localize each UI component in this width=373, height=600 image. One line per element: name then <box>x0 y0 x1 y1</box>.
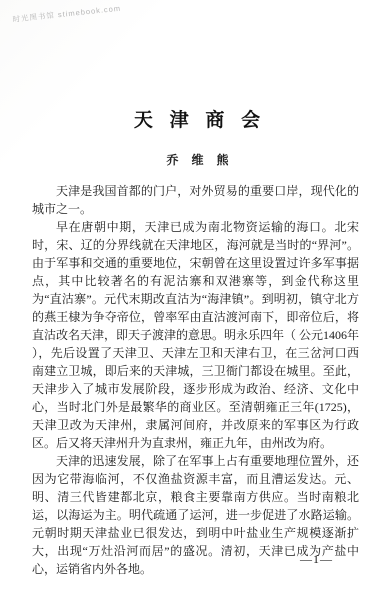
book-page: 时光图书馆 stimebook.com 天 津 商 会 乔 维 熊 天津是我国首… <box>0 0 373 600</box>
author-name: 乔 维 熊 <box>32 151 368 168</box>
page-title: 天 津 商 会 <box>32 105 368 132</box>
paragraph-intro: 天津是我国首都的门户，对外贸易的重要口岸，现代化的城市之一。 <box>32 182 359 218</box>
body-text: 天津是我国首都的门户，对外贸易的重要口岸，现代化的城市之一。 早在唐朝中期，天津… <box>32 182 359 578</box>
page-number: —1— <box>300 552 333 567</box>
paragraph-history: 早在唐朝中期，天津已成为南北物资运输的海口。北宋时，宋、辽的分界线就在天津地区，… <box>32 218 359 452</box>
watermark: 时光图书馆 stimebook.com <box>12 3 122 25</box>
